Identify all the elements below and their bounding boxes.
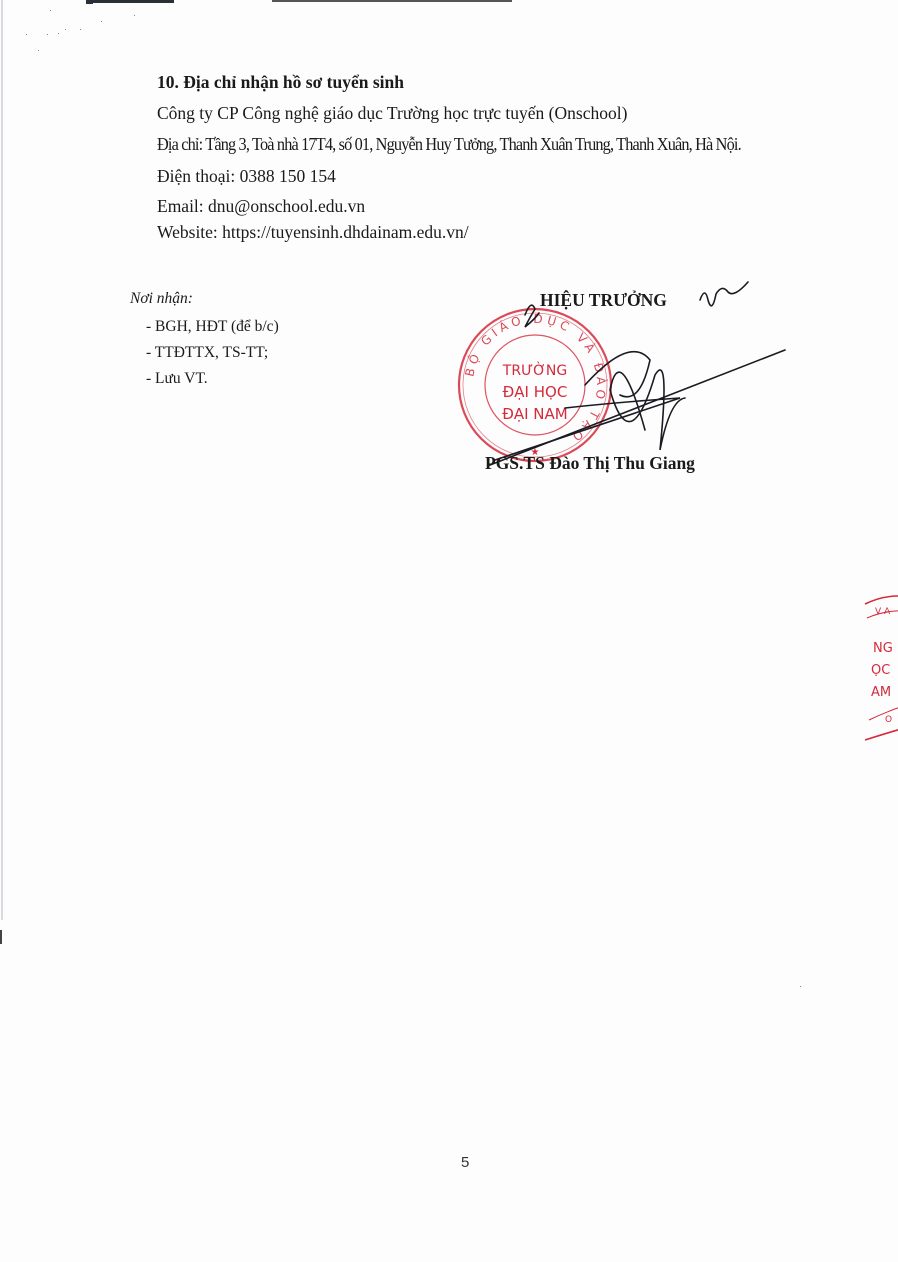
scan-dot [80,29,81,30]
address: Địa chỉ: Tầng 3, Toà nhà 17T4, số 01, Ng… [157,134,741,155]
scan-dot [101,21,102,22]
recipient-item: - TTĐTTX, TS-TT; [146,340,279,366]
company-name: Công ty CP Công nghệ giáo dục Trường học… [157,103,627,124]
recipient-item: - BGH, HĐT (để b/c) [146,314,279,340]
scan-dot [38,50,39,51]
scan-dot [58,33,59,34]
scan-dot [800,986,801,987]
scan-artifact [272,0,512,2]
scan-dot [47,34,48,35]
svg-text:ỌC: ỌC [871,663,890,678]
recipient-item: - Lưu VT. [146,366,279,392]
website-link[interactable]: Website: https://tuyensinh.dhdainam.edu.… [157,222,469,243]
scan-dot [65,29,66,30]
scan-edge-mark [0,930,2,944]
svg-text:NG: NG [873,641,893,656]
scan-dot [134,15,135,16]
scan-edge [1,0,3,920]
scan-dot [50,10,51,11]
page-number: 5 [461,1154,469,1171]
document-page: 10. Địa chỉ nhận hồ sơ tuyển sinh Công t… [0,0,898,1262]
svg-text:AM: AM [871,685,891,700]
phone: Điện thoại: 0388 150 154 [157,166,336,187]
signer-name: PGS.TS Đào Thị Thu Giang [485,453,695,474]
scan-dot [26,34,27,35]
handwritten-signature [470,280,800,470]
section-heading: 10. Địa chỉ nhận hồ sơ tuyển sinh [157,72,404,93]
partial-stamp: V A NG ỌC AM O [855,590,898,750]
scan-artifact [86,0,174,3]
recipients-block: Nơi nhận: - BGH, HĐT (để b/c) - TTĐTTX, … [130,290,279,392]
email[interactable]: Email: dnu@onschool.edu.vn [157,196,365,217]
recipients-list: - BGH, HĐT (để b/c) - TTĐTTX, TS-TT; - L… [146,314,279,392]
recipients-title: Nơi nhận: [130,290,279,308]
svg-text:V A: V A [875,607,891,617]
svg-text:O: O [885,715,892,725]
